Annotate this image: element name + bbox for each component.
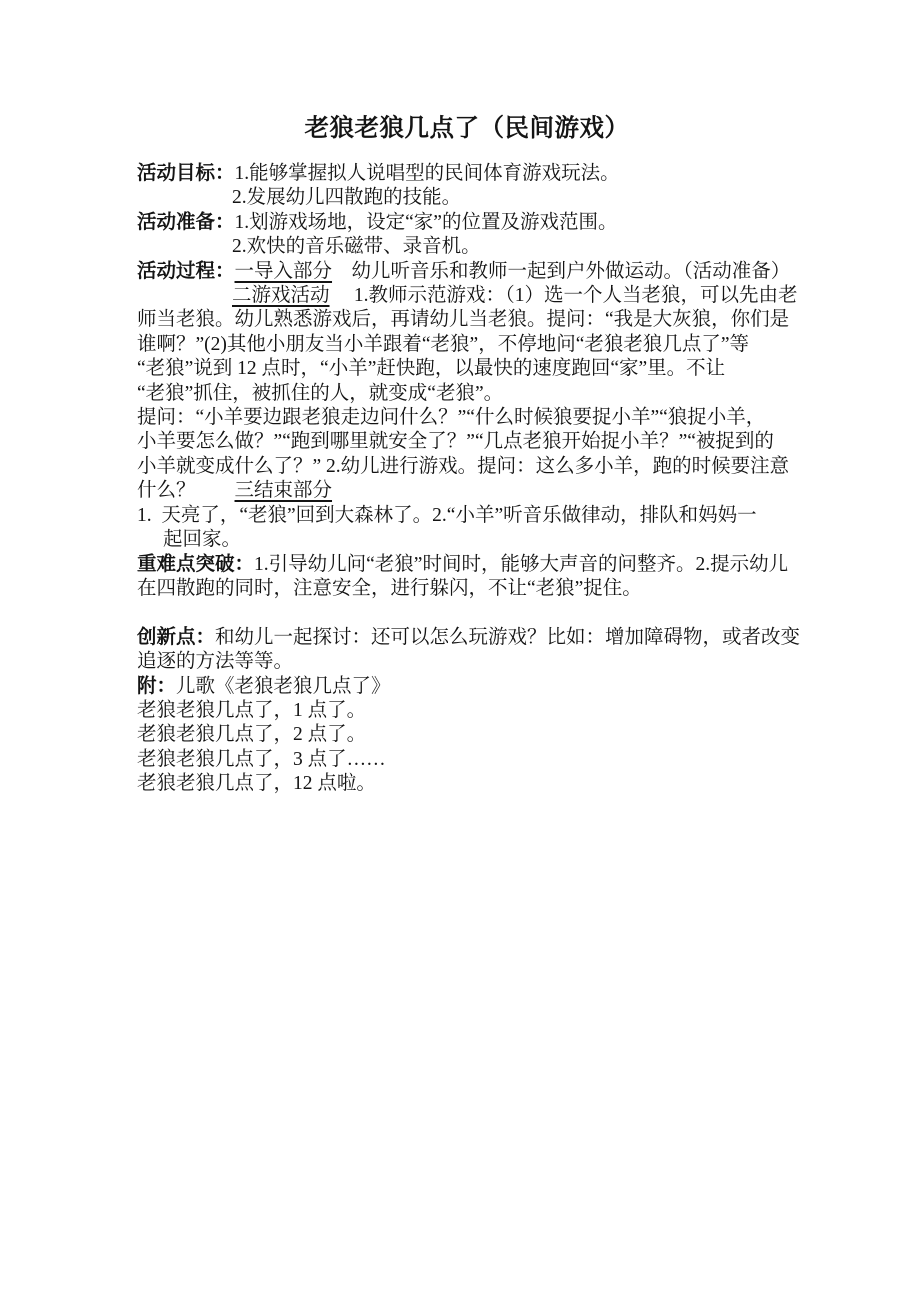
section-label: 活动准备： <box>137 212 235 233</box>
text-segment: 小羊要怎么做？”“跑到哪里就安全了？”“几点老狼开始捉小羊？”“被捉到的 <box>137 431 774 452</box>
text-line: 起回家。 <box>137 528 797 552</box>
text-segment: “老狼”说到 12 点时，“小羊”赶快跑，以最快的速度跑回“家”里。不让 <box>137 358 725 379</box>
text-line: 1. 天亮了，“老狼”回到大森林了。2.“小羊”听音乐做律动，排队和妈妈一 <box>137 504 797 528</box>
document-content: 老狼老狼几点了（民间游戏） 活动目标：1.能够掌握拟人说唱型的民间体育游戏玩法。… <box>137 112 797 797</box>
document-title: 老狼老狼几点了（民间游戏） <box>137 112 797 146</box>
text-segment: 1.划游戏场地，设定“家”的位置及游戏范围。 <box>235 212 618 233</box>
text-segment: 2.欢快的音乐磁带、录音机。 <box>232 236 481 257</box>
text-line: 小羊就变成什么了？” 2.幼儿进行游戏。提问：这么多小羊，跑的时候要注意 <box>137 455 797 479</box>
text-line: 二游戏活动 1.教师示范游戏：（1）选一个人当老狼，可以先由老 <box>137 284 797 308</box>
underlined-phrase: 三结束部分 <box>235 480 333 501</box>
text-segment: 1. 天亮了，“老狼”回到大森林了。2.“小羊”听音乐做律动，排队和妈妈一 <box>137 505 757 526</box>
text-segment: 在四散跑的同时，注意安全，进行躲闪，不让“老狼”捉住。 <box>137 578 642 599</box>
text-line: 附：儿歌《老狼老狼几点了》 <box>137 675 797 699</box>
text-segment: 老狼老狼几点了，1 点了。 <box>137 700 366 721</box>
text-line: 谁啊？”(2)其他小朋友当小羊跟着“老狼”，不停地问“老狼老狼几点了”等 <box>137 333 797 357</box>
text-segment: 老狼老狼几点了，2 点了。 <box>137 724 366 745</box>
text-segment: 师当老狼。幼儿熟悉游戏后，再请幼儿当老狼。提问：“我是大灰狼，你们是 <box>137 309 789 330</box>
text-line: 追逐的方法等等。 <box>137 650 797 674</box>
text-segment: 1.教师示范游戏：（1）选一个人当老狼，可以先由老 <box>330 285 798 306</box>
underlined-phrase: 一导入部分 <box>235 261 333 282</box>
text-segment: 什么？ <box>137 480 235 501</box>
text-line: 活动目标：1.能够掌握拟人说唱型的民间体育游戏玩法。 <box>137 162 797 186</box>
text-line: 师当老狼。幼儿熟悉游戏后，再请幼儿当老狼。提问：“我是大灰狼，你们是 <box>137 308 797 332</box>
text-segment: 小羊就变成什么了？” 2.幼儿进行游戏。提问：这么多小羊，跑的时候要注意 <box>137 456 789 477</box>
underlined-phrase: 二游戏活动 <box>232 285 330 306</box>
section-label: 创新点： <box>137 627 215 648</box>
text-line: “老狼”说到 12 点时，“小羊”赶快跑，以最快的速度跑回“家”里。不让 <box>137 357 797 381</box>
text-segment: 儿歌《老狼老狼几点了》 <box>176 676 391 697</box>
text-segment: 起回家。 <box>163 529 241 550</box>
text-line: “老狼”抓住，被抓住的人，就变成“老狼”。 <box>137 382 797 406</box>
text-line: 2.欢快的音乐磁带、录音机。 <box>137 235 797 259</box>
section-label: 活动过程： <box>137 261 235 282</box>
text-line: 老狼老狼几点了，2 点了。 <box>137 723 797 747</box>
text-line: 重难点突破：1.引导幼儿问“老狼”时间时，能够大声音的问整齐。2.提示幼儿 <box>137 553 797 577</box>
text-line: 创新点：和幼儿一起探讨：还可以怎么玩游戏？比如：增加障碍物，或者改变 <box>137 626 797 650</box>
section-label: 活动目标： <box>137 163 235 184</box>
text-segment: 谁啊？”(2)其他小朋友当小羊跟着“老狼”，不停地问“老狼老狼几点了”等 <box>137 334 749 355</box>
text-line: 活动准备：1.划游戏场地，设定“家”的位置及游戏范围。 <box>137 211 797 235</box>
document-body: 活动目标：1.能够掌握拟人说唱型的民间体育游戏玩法。2.发展幼儿四散跑的技能。活… <box>137 162 797 797</box>
text-segment: 追逐的方法等等。 <box>137 651 293 672</box>
text-segment: 提问：“小羊要边跟老狼走边问什么？”“什么时候狼要捉小羊”“狼捉小羊， <box>137 407 765 428</box>
text-line: 小羊要怎么做？”“跑到哪里就安全了？”“几点老狼开始捉小羊？”“被捉到的 <box>137 430 797 454</box>
text-line: 什么？ 三结束部分 <box>137 479 797 503</box>
text-line: 活动过程：一导入部分 幼儿听音乐和教师一起到户外做运动。（活动准备） <box>137 260 797 284</box>
text-segment: 幼儿听音乐和教师一起到户外做运动。（活动准备） <box>332 261 790 282</box>
section-label: 附： <box>137 676 176 697</box>
blank-line <box>137 601 797 625</box>
text-line: 老狼老狼几点了，3 点了…… <box>137 748 797 772</box>
section-label: 重难点突破： <box>137 554 254 575</box>
text-line: 提问：“小羊要边跟老狼走边问什么？”“什么时候狼要捉小羊”“狼捉小羊， <box>137 406 797 430</box>
text-line: 在四散跑的同时，注意安全，进行躲闪，不让“老狼”捉住。 <box>137 577 797 601</box>
text-segment: 2.发展幼儿四散跑的技能。 <box>232 187 461 208</box>
text-line: 老狼老狼几点了，12 点啦。 <box>137 772 797 796</box>
text-segment: 老狼老狼几点了，12 点啦。 <box>137 773 376 794</box>
text-segment: 1.引导幼儿问“老狼”时间时，能够大声音的问整齐。2.提示幼儿 <box>254 554 788 575</box>
text-segment: 和幼儿一起探讨：还可以怎么玩游戏？比如：增加障碍物，或者改变 <box>215 627 800 648</box>
text-segment: 老狼老狼几点了，3 点了…… <box>137 749 386 770</box>
document-page: 老狼老狼几点了（民间游戏） 活动目标：1.能够掌握拟人说唱型的民间体育游戏玩法。… <box>0 0 920 1302</box>
text-line: 老狼老狼几点了，1 点了。 <box>137 699 797 723</box>
text-line: 2.发展幼儿四散跑的技能。 <box>137 186 797 210</box>
text-segment: “老狼”抓住，被抓住的人，就变成“老狼”。 <box>137 383 503 404</box>
text-segment: 1.能够掌握拟人说唱型的民间体育游戏玩法。 <box>235 163 620 184</box>
